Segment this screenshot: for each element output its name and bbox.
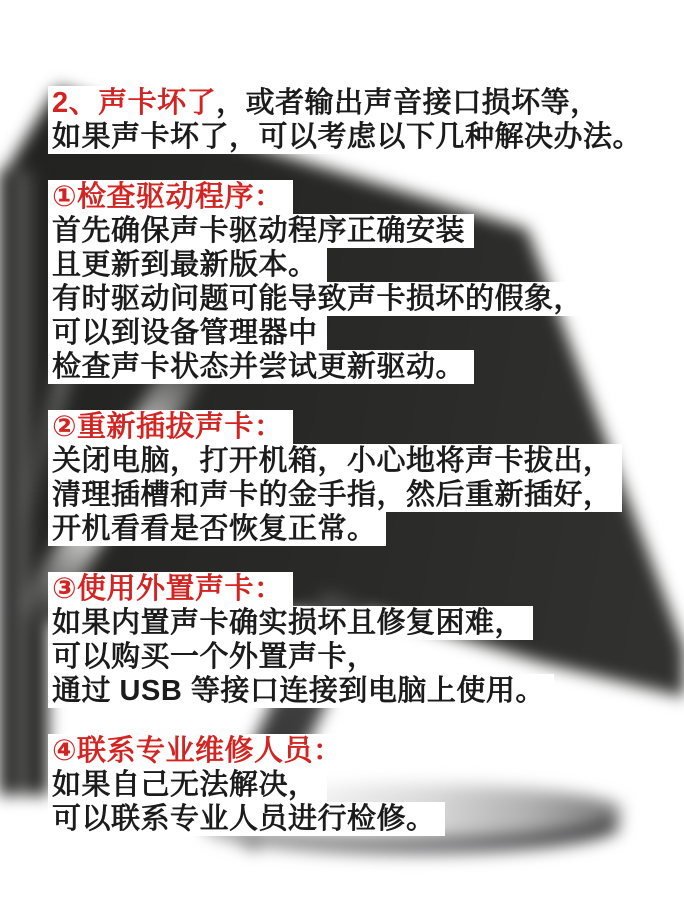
section-contact-professional: ④联系专业维修人员： 如果自己无法解决， 可以联系专业人员进行检修。	[48, 734, 658, 836]
section-2-line-3: 开机看看是否恢复正常。	[48, 512, 386, 546]
text-content: 2、声卡坏了，或者输出声音接口损坏等， 如果声卡坏了，可以考虑以下几种解决办法。…	[48, 86, 658, 836]
section-1-line-5: 检查声卡状态并尝试更新驱动。	[48, 350, 474, 384]
section-reseat-card: ②重新插拔声卡： 关闭电脑，打开机箱，小心地将声卡拔出， 清理插槽和声卡的金手指…	[48, 410, 658, 546]
section-3-header: ③使用外置声卡：	[48, 572, 293, 606]
title-lead-red: 2、声卡坏了	[52, 87, 216, 119]
title-line-1-highlight: 2、声卡坏了，或者输出声音接口损坏等，	[48, 86, 609, 120]
poster-canvas: 2、声卡坏了，或者输出声音接口损坏等， 如果声卡坏了，可以考虑以下几种解决办法。…	[0, 0, 684, 912]
section-external-card: ③使用外置声卡： 如果内置声卡确实损坏且修复困难， 可以购买一个外置声卡， 通过…	[48, 572, 658, 708]
section-1-header: ①检查驱动程序：	[48, 180, 293, 214]
title-line-1: 2、声卡坏了，或者输出声音接口损坏等，	[48, 86, 658, 120]
section-4-header: ④联系专业维修人员：	[48, 734, 352, 768]
section-3-line-3: 通过 USB 等接口连接到电脑上使用。	[48, 674, 554, 708]
title-lead-black: ，或者输出声音接口损坏等，	[216, 87, 600, 119]
section-check-drivers: ①检查驱动程序： 首先确保声卡驱动程序正确安装 且更新到最新版本。 有时驱动问题…	[48, 180, 658, 384]
section-1-line-3: 有时驱动问题可能导致声卡损坏的假象，	[48, 282, 592, 316]
title-line-2-text: 如果声卡坏了，可以考虑以下几种解决办法。	[48, 120, 651, 154]
section-2-line-1: 关闭电脑，打开机箱，小心地将声卡拔出，	[48, 444, 622, 478]
section-3-line-2: 可以购买一个外置声卡，	[48, 640, 386, 674]
title-block: 2、声卡坏了，或者输出声音接口损坏等， 如果声卡坏了，可以考虑以下几种解决办法。	[48, 86, 658, 154]
section-2-header: ②重新插拔声卡：	[48, 410, 293, 444]
section-1-line-1: 首先确保声卡驱动程序正确安装	[48, 214, 474, 248]
section-4-line-2: 可以联系专业人员进行检修。	[48, 802, 445, 836]
title-line-2: 如果声卡坏了，可以考虑以下几种解决办法。	[48, 120, 658, 154]
section-3-line-1: 如果内置声卡确实损坏且修复困难，	[48, 606, 533, 640]
section-4-line-1: 如果自己无法解决，	[48, 768, 327, 802]
section-2-line-2: 清理插槽和声卡的金手指，然后重新插好，	[48, 478, 622, 512]
section-1-line-4: 可以到设备管理器中	[48, 316, 327, 350]
section-1-line-2: 且更新到最新版本。	[48, 248, 327, 282]
